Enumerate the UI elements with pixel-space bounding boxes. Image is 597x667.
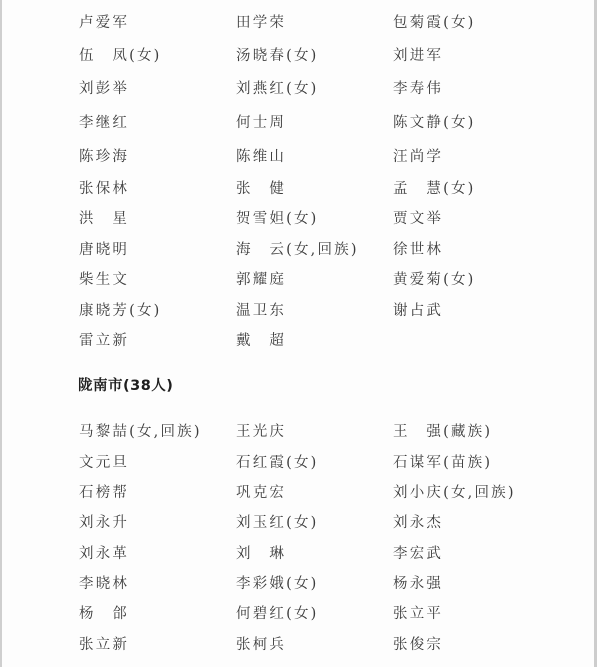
name-row: 陈珍海 陈维山 汪尚学	[0, 146, 597, 168]
name-cell: 谢占武	[393, 300, 443, 322]
name-cell: 汪尚学	[393, 146, 443, 168]
name-cell: 贺雪妲(女)	[236, 208, 319, 230]
name-row: 刘永革 刘 琳 李宏武	[0, 543, 597, 565]
name-cell: 刘永革	[79, 543, 129, 565]
name-cell: 刘进军	[393, 45, 443, 67]
name-row: 杨 郃 何碧红(女) 张立平	[0, 603, 597, 625]
name-row: 洪 星 贺雪妲(女) 贾文举	[0, 208, 597, 230]
name-row: 文元旦 石红霞(女) 石谋军(苗族)	[0, 452, 597, 474]
name-cell: 陈珍海	[79, 146, 129, 168]
name-cell: 张立新	[79, 634, 129, 656]
name-cell: 何碧红(女)	[236, 603, 319, 625]
name-cell: 李晓林	[79, 573, 129, 595]
section-heading-longnan: 陇南市(38人)	[78, 375, 173, 397]
name-cell: 柴生文	[79, 269, 129, 291]
name-row: 张立新 张柯兵 张俊宗	[0, 634, 597, 656]
name-cell: 田学荣	[236, 12, 286, 34]
name-row: 刘彭举 刘燕红(女) 李寿伟	[0, 78, 597, 100]
name-cell: 刘永杰	[393, 512, 443, 534]
name-cell: 李寿伟	[393, 78, 443, 100]
name-row: 康晓芳(女) 温卫东 谢占武	[0, 300, 597, 322]
name-row: 李晓林 李彩娥(女) 杨永强	[0, 573, 597, 595]
name-row: 伍 凤(女) 汤晓春(女) 刘进军	[0, 45, 597, 67]
name-cell: 孟 慧(女)	[393, 178, 476, 200]
name-row: 李继红 何士周 陈文静(女)	[0, 112, 597, 134]
name-cell: 刘永升	[79, 512, 129, 534]
name-row: 柴生文 郭耀庭 黄爱菊(女)	[0, 269, 597, 291]
name-row: 卢爱军 田学荣 包菊霞(女)	[0, 12, 597, 34]
name-cell: 戴 超	[236, 330, 286, 352]
name-cell: 刘小庆(女,回族)	[393, 482, 516, 504]
name-cell: 张 健	[236, 178, 286, 200]
name-cell: 洪 星	[79, 208, 129, 230]
name-cell: 贾文举	[393, 208, 443, 230]
name-row: 雷立新 戴 超	[0, 330, 597, 352]
name-cell: 马黎喆(女,回族)	[79, 421, 202, 443]
name-row: 唐晓明 海 云(女,回族) 徐世林	[0, 239, 597, 261]
name-cell: 刘彭举	[79, 78, 129, 100]
name-cell: 石红霞(女)	[236, 452, 319, 474]
name-cell: 石谋军(苗族)	[393, 452, 492, 474]
name-cell: 刘燕红(女)	[236, 78, 319, 100]
name-row: 张保林 张 健 孟 慧(女)	[0, 178, 597, 200]
name-cell: 王光庆	[236, 421, 286, 443]
name-cell: 石榜帮	[79, 482, 129, 504]
name-cell: 文元旦	[79, 452, 129, 474]
name-cell: 伍 凤(女)	[79, 45, 162, 67]
name-cell: 杨 郃	[79, 603, 129, 625]
name-cell: 张立平	[393, 603, 443, 625]
name-cell: 黄爱菊(女)	[393, 269, 476, 291]
name-cell: 陈维山	[236, 146, 286, 168]
name-cell: 何士周	[236, 112, 286, 134]
name-cell: 王 强(藏族)	[393, 421, 492, 443]
name-cell: 刘玉红(女)	[236, 512, 319, 534]
name-cell: 郭耀庭	[236, 269, 286, 291]
name-cell: 陈文静(女)	[393, 112, 476, 134]
name-cell: 包菊霞(女)	[393, 12, 476, 34]
name-cell: 张俊宗	[393, 634, 443, 656]
name-cell: 张柯兵	[236, 634, 286, 656]
name-cell: 张保林	[79, 178, 129, 200]
name-cell: 杨永强	[393, 573, 443, 595]
name-cell: 雷立新	[79, 330, 129, 352]
name-cell: 李继红	[79, 112, 129, 134]
name-cell: 唐晓明	[79, 239, 129, 261]
name-cell: 卢爱军	[79, 12, 129, 34]
name-row: 刘永升 刘玉红(女) 刘永杰	[0, 512, 597, 534]
name-cell: 李彩娥(女)	[236, 573, 319, 595]
name-cell: 李宏武	[393, 543, 443, 565]
name-cell: 刘 琳	[236, 543, 286, 565]
name-cell: 温卫东	[236, 300, 286, 322]
name-row: 石榜帮 巩克宏 刘小庆(女,回族)	[0, 482, 597, 504]
name-cell: 巩克宏	[236, 482, 286, 504]
name-row: 马黎喆(女,回族) 王光庆 王 强(藏族)	[0, 421, 597, 443]
name-cell: 汤晓春(女)	[236, 45, 319, 67]
name-cell: 康晓芳(女)	[79, 300, 162, 322]
name-cell: 海 云(女,回族)	[236, 239, 359, 261]
name-cell: 徐世林	[393, 239, 443, 261]
